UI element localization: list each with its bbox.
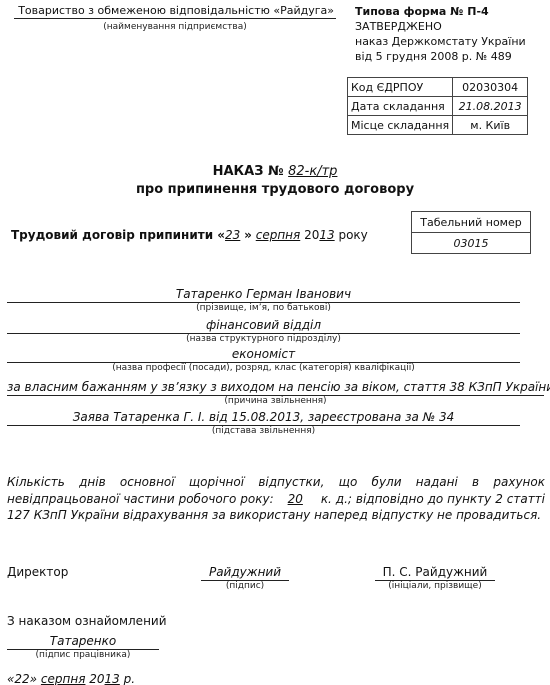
- termination-quote-close: »: [244, 228, 252, 242]
- form-order-date: від 5 грудня 2008 р. № 489: [355, 49, 526, 64]
- basis-field: Заява Татаренка Г. І. від 15.08.2013, за…: [7, 410, 520, 436]
- basis-value: Заява Татаренка Г. І. від 15.08.2013, за…: [7, 410, 520, 426]
- termination-label: Трудовий договір припинити «: [11, 228, 225, 242]
- department-value: фінансовий відділ: [7, 318, 520, 334]
- termination-month: серпня: [256, 228, 301, 242]
- acknowledgement-label: З наказом ознайомлений: [7, 614, 167, 628]
- code-value: 02030304: [453, 78, 528, 97]
- organization-name: Товариство з обмеженою відповідальністю …: [14, 4, 336, 19]
- form-order: наказ Держкомстату України: [355, 34, 526, 49]
- reason-hint: (причина звільнення): [7, 396, 544, 406]
- form-header: Типова форма № П-4 ЗАТВЕРДЖЕНО наказ Дер…: [355, 4, 526, 64]
- director-label: Директор: [7, 565, 68, 579]
- employee-name-value: Татаренко Герман Іванович: [7, 287, 520, 303]
- signature-hint: (підпис): [201, 581, 289, 591]
- code-label: Код ЄДРПОУ: [348, 78, 453, 97]
- position-value: економіст: [7, 347, 520, 363]
- termination-suffix: року: [338, 228, 367, 242]
- termination-line: Трудовий договір припинити «23 » серпня …: [11, 228, 368, 242]
- employee-signature-hint: (підпис працівника): [7, 650, 159, 660]
- position-hint: (назва професії (посади), розряд, клас (…: [7, 363, 520, 373]
- organization-hint: (найменування підприємства): [14, 20, 336, 34]
- termination-year: 13: [319, 228, 334, 242]
- date-value: 21.08.2013: [453, 97, 528, 116]
- order-number: 82-к/тр: [288, 164, 337, 179]
- order-prefix: НАКАЗ №: [213, 164, 284, 179]
- tab-number-label: Табельний номер: [412, 212, 531, 233]
- vacation-days: 20: [278, 492, 317, 506]
- director-signature-block: Райдужний (підпис): [201, 565, 289, 591]
- place-value: м. Київ: [453, 116, 528, 135]
- tab-number-box: Табельний номер 03015: [411, 211, 531, 254]
- form-approved: ЗАТВЕРДЖЕНО: [355, 19, 526, 34]
- acknowledgement-date: «22» серпня 2013 р.: [7, 672, 135, 685]
- organization-block: Товариство з обмеженою відповідальністю …: [14, 4, 336, 34]
- employee-name-field: Татаренко Герман Іванович (прізвище, ім’…: [7, 287, 520, 313]
- date-label: Дата складання: [348, 97, 453, 116]
- department-field: фінансовий відділ (назва структурного пі…: [7, 318, 520, 344]
- employee-signature: Татаренко: [7, 634, 159, 650]
- director-name-block: П. С. Райдужний (ініціали, прізвище): [375, 565, 495, 591]
- termination-century: 20: [304, 228, 319, 242]
- vacation-paragraph: Кількість днів основної щорічної відпуст…: [7, 474, 545, 524]
- order-subtitle: про припинення трудового договору: [0, 181, 550, 199]
- director-name: П. С. Райдужний: [375, 565, 495, 581]
- name-hint: (ініціали, прізвище): [375, 581, 495, 591]
- ack-date-suffix: р.: [124, 672, 135, 685]
- table-row: Дата складання 21.08.2013: [348, 97, 528, 116]
- reason-field: за власним бажанням у зв’язку з виходом …: [7, 380, 544, 406]
- codes-table: Код ЄДРПОУ 02030304 Дата складання 21.08…: [347, 77, 528, 135]
- basis-hint: (підстава звільнення): [7, 426, 520, 436]
- director-signature: Райдужний: [201, 565, 289, 581]
- employee-name-hint: (прізвище, ім’я, по батькові): [7, 303, 520, 313]
- table-row: Код ЄДРПОУ 02030304: [348, 78, 528, 97]
- ack-date-month: серпня: [41, 672, 86, 685]
- employee-signature-block: Татаренко (підпис працівника): [7, 634, 159, 660]
- form-title: Типова форма № П-4: [355, 4, 526, 19]
- document-title: НАКАЗ № 82-к/тр про припинення трудового…: [0, 163, 550, 199]
- place-label: Місце складання: [348, 116, 453, 135]
- reason-value: за власним бажанням у зв’язку з виходом …: [7, 380, 544, 396]
- ack-date-day: «22»: [7, 672, 37, 685]
- position-field: економіст (назва професії (посади), розр…: [7, 347, 520, 373]
- tab-number-value: 03015: [412, 233, 531, 254]
- department-hint: (назва структурного підрозділу): [7, 334, 520, 344]
- termination-day: 23: [225, 228, 240, 242]
- table-row: Місце складання м. Київ: [348, 116, 528, 135]
- ack-date-century: 20: [89, 672, 104, 685]
- ack-date-year: 13: [105, 672, 120, 685]
